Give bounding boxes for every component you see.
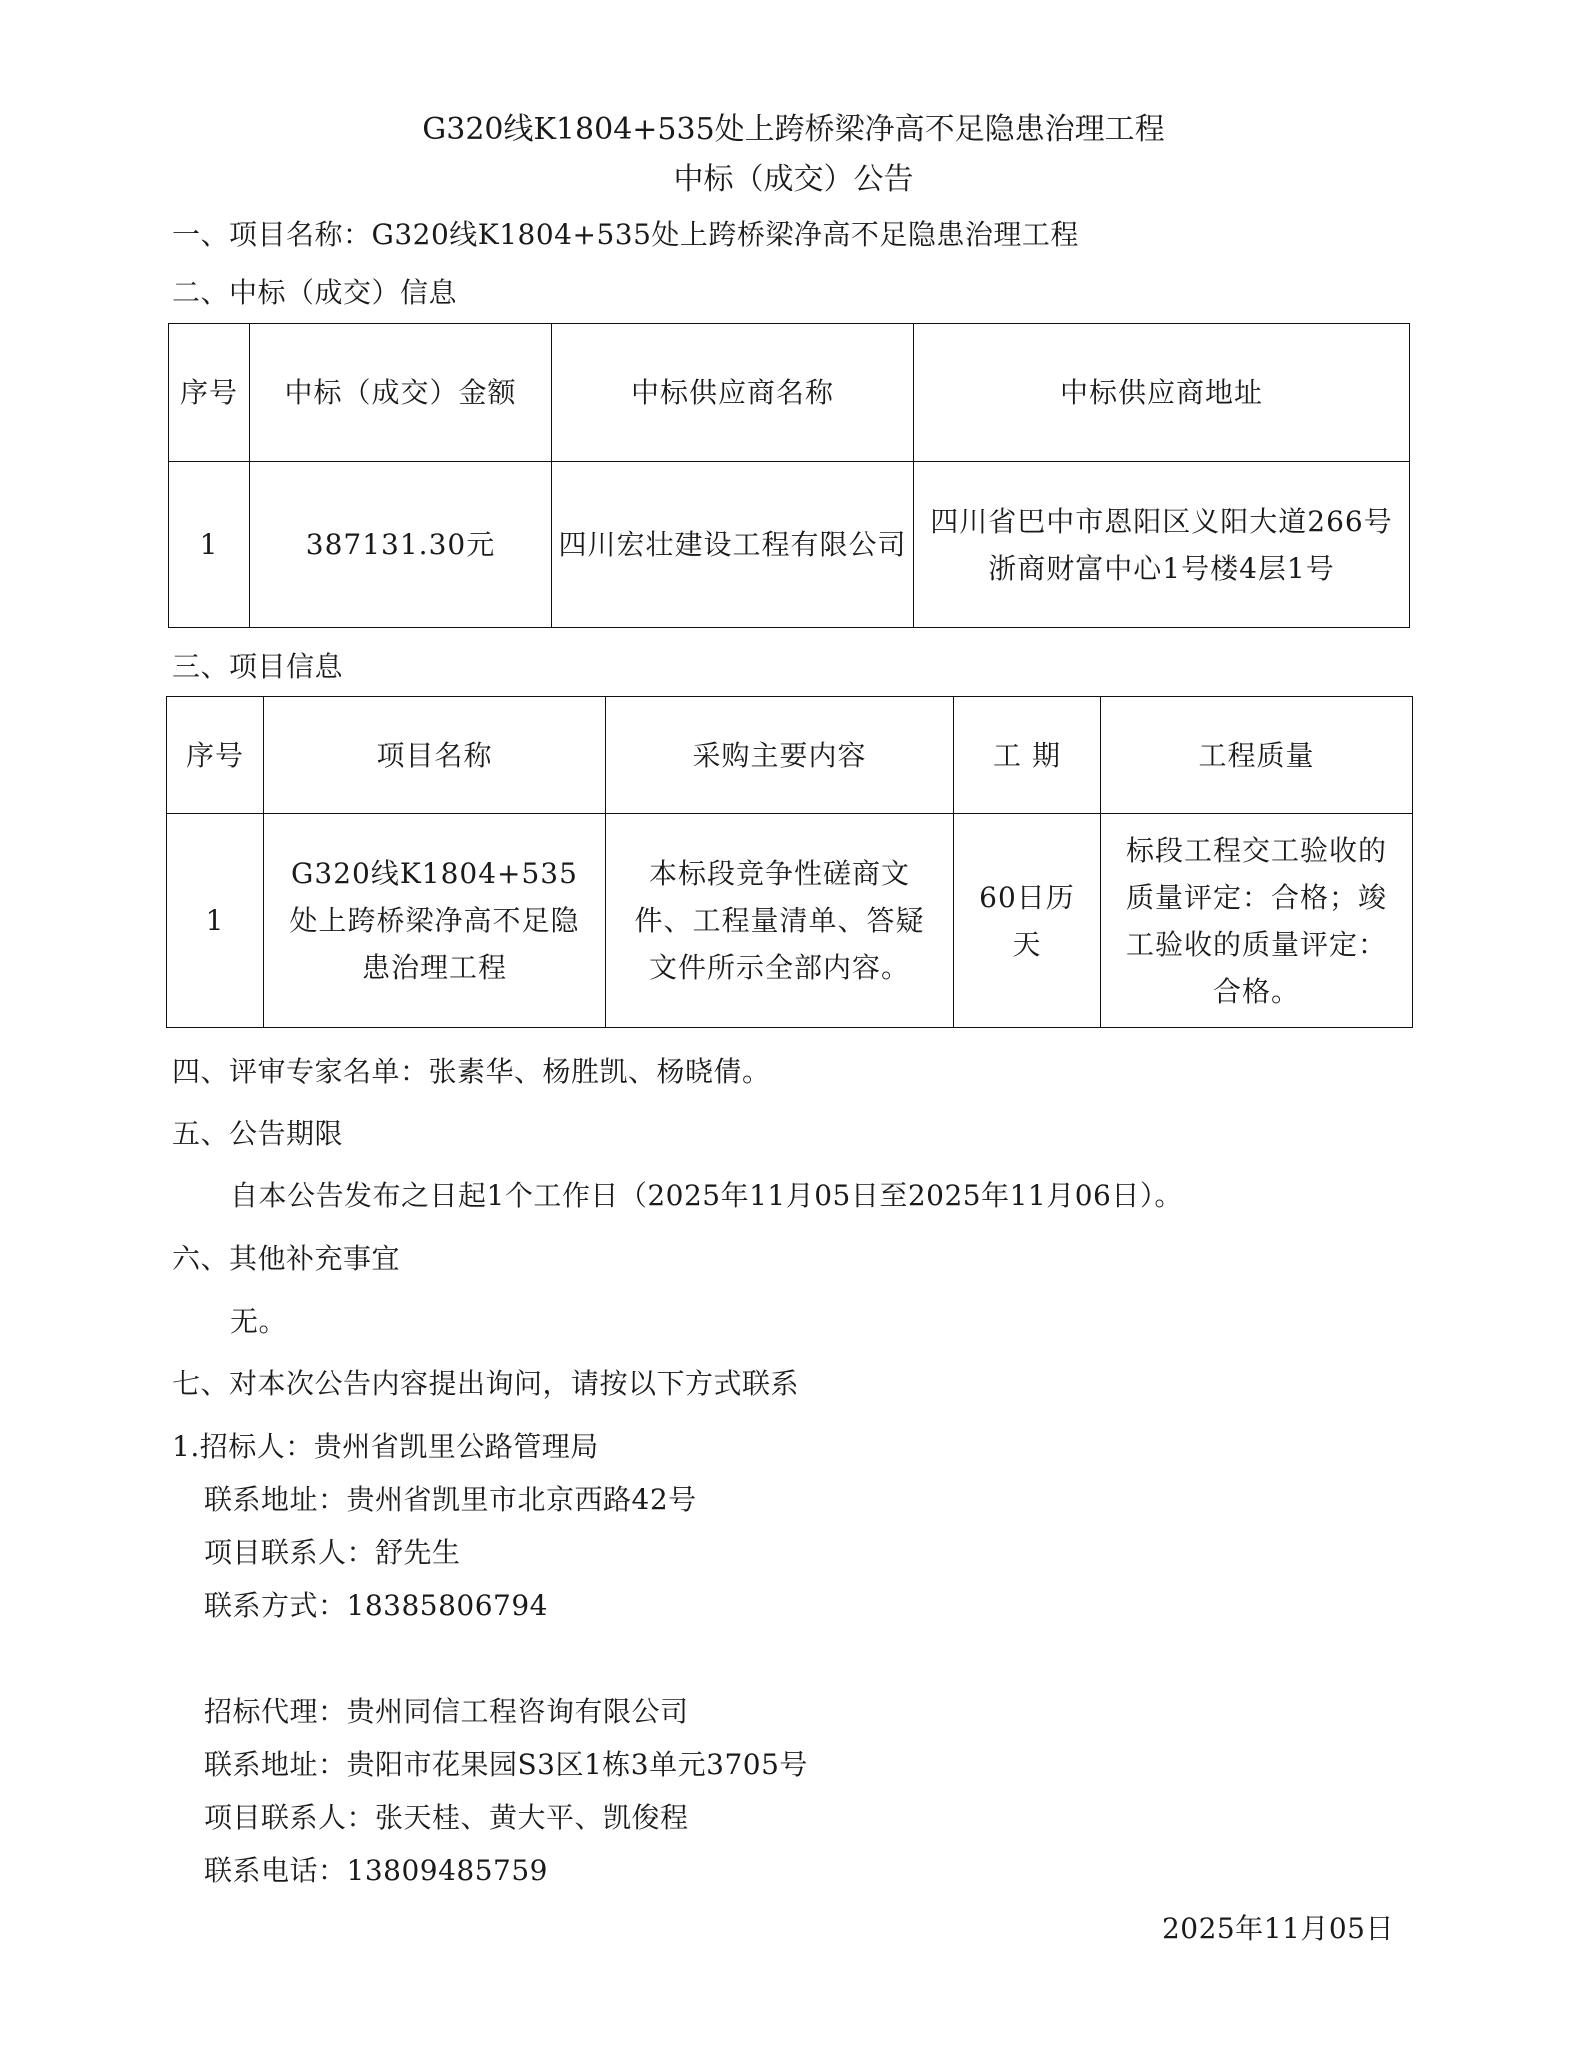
award-table: 序号 中标（成交）金额 中标供应商名称 中标供应商地址 1 387131.30元… [168,323,1410,628]
cell-quality: 标段工程交工验收的质量评定：合格；竣工验收的质量评定：合格。 [1101,814,1413,1028]
notice-period-text: 自本公告发布之日起1个工作日（2025年11月05日至2025年11月06日）。 [230,1174,1183,1214]
section-other-matters-heading: 六、其他补充事宜 [172,1237,400,1277]
document-date: 2025年11月05日 [1162,1907,1394,1947]
section-contact-heading: 七、对本次公告内容提出询问，请按以下方式联系 [172,1362,799,1402]
section-project-info-heading: 三、项目信息 [172,645,343,685]
cell-supplier-address: 四川省巴中市恩阳区义阳大道266号浙商财富中心1号楼4层1号 [914,462,1410,628]
agent-contact-person: 项目联系人：张天桂、黄大平、凯俊程 [204,1796,689,1836]
section-project-name: 一、项目名称：G320线K1804+535处上跨桥梁净高不足隐患治理工程 [172,213,1079,253]
cell-project-name: G320线K1804+535处上跨桥梁净高不足隐患治理工程 [264,814,606,1028]
document-title: G320线K1804+535处上跨桥梁净高不足隐患治理工程 [0,104,1587,148]
header-cell: 中标（成交）金额 [250,324,552,462]
award-table-header-row: 序号 中标（成交）金额 中标供应商名称 中标供应商地址 [169,324,1410,462]
header-cell: 项目名称 [264,697,606,814]
cell-supplier-name: 四川宏壮建设工程有限公司 [552,462,914,628]
table-row: 1 G320线K1804+535处上跨桥梁净高不足隐患治理工程 本标段竞争性磋商… [167,814,1413,1028]
section-notice-period-heading: 五、公告期限 [172,1112,343,1152]
agent-address: 联系地址：贵阳市花果园S3区1栋3单元3705号 [204,1743,808,1783]
document-subtitle: 中标（成交）公告 [0,154,1587,198]
agent-name: 招标代理：贵州同信工程咨询有限公司 [204,1690,689,1730]
project-table: 序号 项目名称 采购主要内容 工 期 工程质量 1 G320线K1804+535… [166,696,1413,1028]
project-table-header-row: 序号 项目名称 采购主要内容 工 期 工程质量 [167,697,1413,814]
header-cell: 中标供应商名称 [552,324,914,462]
header-cell: 序号 [167,697,264,814]
header-cell: 工程质量 [1101,697,1413,814]
header-cell: 序号 [169,324,250,462]
header-cell: 采购主要内容 [606,697,954,814]
cell-amount: 387131.30元 [250,462,552,628]
tenderer-name: 1.招标人：贵州省凯里公路管理局 [172,1425,599,1465]
cell-duration: 60日历天 [954,814,1101,1028]
cell-index: 1 [169,462,250,628]
cell-procurement-content: 本标段竞争性磋商文件、工程量清单、答疑文件所示全部内容。 [606,814,954,1028]
section-experts: 四、评审专家名单：张素华、杨胜凯、杨晓倩。 [172,1050,771,1090]
tenderer-phone: 联系方式：18385806794 [204,1584,548,1624]
header-cell: 工 期 [954,697,1101,814]
header-cell: 中标供应商地址 [914,324,1410,462]
tenderer-address: 联系地址：贵州省凯里市北京西路42号 [204,1478,697,1518]
other-matters-text: 无。 [230,1300,287,1340]
section-award-info-heading: 二、中标（成交）信息 [172,271,457,311]
table-row: 1 387131.30元 四川宏壮建设工程有限公司 四川省巴中市恩阳区义阳大道2… [169,462,1410,628]
tenderer-contact-person: 项目联系人：舒先生 [204,1531,461,1571]
cell-index: 1 [167,814,264,1028]
agent-phone: 联系电话：13809485759 [204,1849,548,1889]
